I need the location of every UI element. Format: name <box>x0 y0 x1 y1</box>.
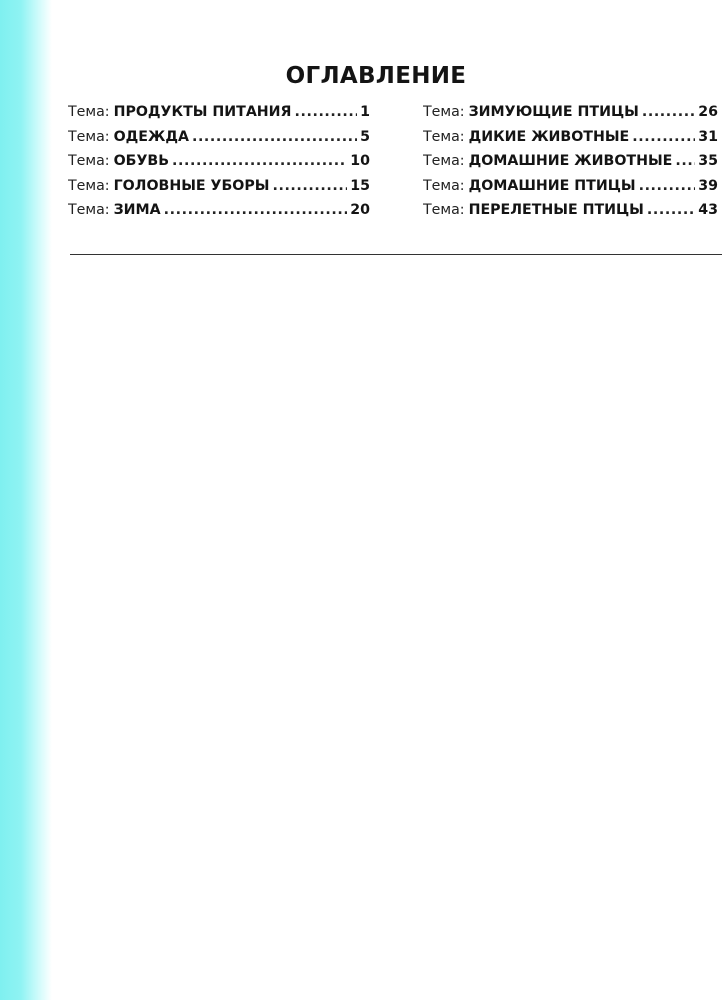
toc-entry-prefix: Тема: <box>423 202 465 218</box>
toc-entry-name: ОБУВЬ <box>114 153 169 169</box>
toc-entry-page: 31 <box>698 129 718 145</box>
dot-leader <box>632 129 695 145</box>
toc-entry-name: ЗИМУЮЩИЕ ПТИЦЫ <box>469 104 639 120</box>
dot-leader <box>294 104 357 120</box>
toc-entry-page: 10 <box>350 153 370 169</box>
dot-leader <box>172 153 347 169</box>
toc-entry[interactable]: Тема: ДОМАШНИЕ ЖИВОТНЫЕ 35 <box>423 153 718 178</box>
dot-leader <box>272 178 347 194</box>
toc-title: ОГЛАВЛЕНИЕ <box>0 63 722 89</box>
toc-entry-page: 15 <box>350 178 370 194</box>
dot-leader <box>639 178 696 194</box>
toc-entry-name: ДОМАШНИЕ ЖИВОТНЫЕ <box>469 153 673 169</box>
toc-entry-page: 39 <box>698 178 718 194</box>
toc-entry-name: ПЕРЕЛЕТНЫЕ ПТИЦЫ <box>469 202 644 218</box>
toc-column-left: Тема: ПРОДУКТЫ ПИТАНИЯ 1 Тема: ОДЕЖДА 5 … <box>68 104 370 227</box>
toc-entry-prefix: Тема: <box>423 104 465 120</box>
dot-leader <box>642 104 695 120</box>
toc-entry-name: ДОМАШНИЕ ПТИЦЫ <box>469 178 636 194</box>
toc-entry-page: 26 <box>698 104 718 120</box>
horizontal-divider <box>70 254 722 255</box>
toc-column-right: Тема: ЗИМУЮЩИЕ ПТИЦЫ 26 Тема: ДИКИЕ ЖИВО… <box>423 104 718 227</box>
toc-entry[interactable]: Тема: ПЕРЕЛЕТНЫЕ ПТИЦЫ 43 <box>423 202 718 227</box>
toc-entry-page: 20 <box>350 202 370 218</box>
dot-leader <box>164 202 348 218</box>
toc-entry-name: ГОЛОВНЫЕ УБОРЫ <box>114 178 270 194</box>
toc-entry[interactable]: Тема: ГОЛОВНЫЕ УБОРЫ 15 <box>68 178 370 203</box>
toc-entry-prefix: Тема: <box>68 129 110 145</box>
toc-entry[interactable]: Тема: ОДЕЖДА 5 <box>68 129 370 154</box>
toc-entry[interactable]: Тема: ПРОДУКТЫ ПИТАНИЯ 1 <box>68 104 370 129</box>
toc-entry-page: 43 <box>698 202 718 218</box>
toc-entry-page: 1 <box>360 104 370 120</box>
toc-entry-name: ДИКИЕ ЖИВОТНЫЕ <box>469 129 630 145</box>
toc-entry-page: 35 <box>698 153 718 169</box>
dot-leader <box>675 153 695 169</box>
toc-entry-prefix: Тема: <box>68 178 110 194</box>
toc-entry[interactable]: Тема: ДОМАШНИЕ ПТИЦЫ 39 <box>423 178 718 203</box>
toc-entry-name: ЗИМА <box>114 202 161 218</box>
toc-entry-prefix: Тема: <box>68 153 110 169</box>
toc-entry[interactable]: Тема: ЗИМА 20 <box>68 202 370 227</box>
dot-leader <box>192 129 357 145</box>
toc-entry-prefix: Тема: <box>68 202 110 218</box>
toc-entry-prefix: Тема: <box>423 178 465 194</box>
page-edge-tint <box>0 0 52 1000</box>
toc-entry-name: ПРОДУКТЫ ПИТАНИЯ <box>114 104 292 120</box>
toc-entry[interactable]: Тема: ОБУВЬ 10 <box>68 153 370 178</box>
toc-entry-prefix: Тема: <box>423 129 465 145</box>
toc-entry-prefix: Тема: <box>423 153 465 169</box>
toc-entry-prefix: Тема: <box>68 104 110 120</box>
toc-entry-name: ОДЕЖДА <box>114 129 189 145</box>
dot-leader <box>647 202 695 218</box>
toc-entry-page: 5 <box>360 129 370 145</box>
toc-entry[interactable]: Тема: ЗИМУЮЩИЕ ПТИЦЫ 26 <box>423 104 718 129</box>
toc-entry[interactable]: Тема: ДИКИЕ ЖИВОТНЫЕ 31 <box>423 129 718 154</box>
